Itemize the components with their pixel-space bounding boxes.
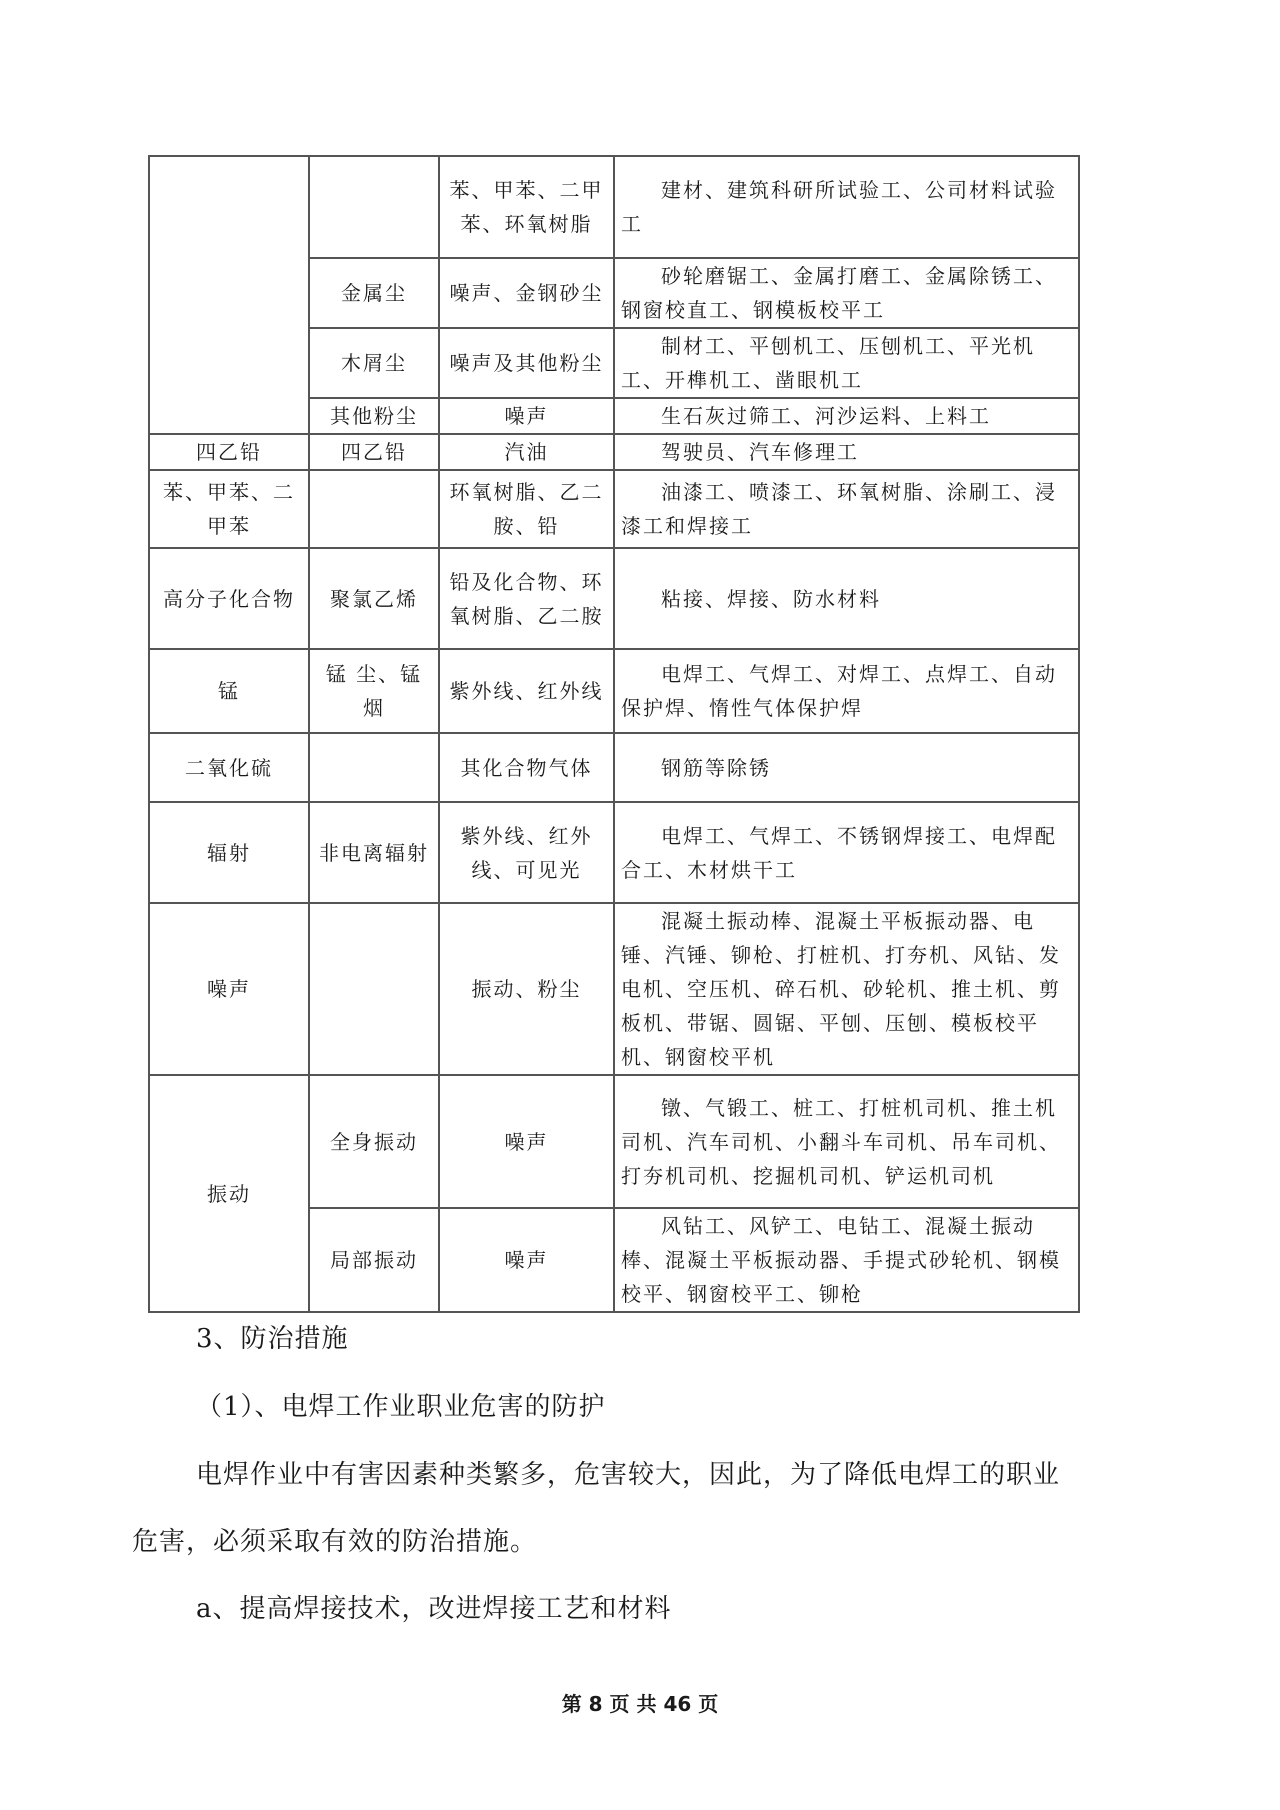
table-cell: 风钻工、风铲工、电钻工、混凝土振动棒、混凝土平板振动器、手提式砂轮机、钢模校平、…: [614, 1208, 1079, 1312]
table-cell: [149, 156, 309, 434]
table-row: 苯、甲苯、二甲苯、环氧树脂 建材、建筑科研所试验工、公司材料试验工: [149, 156, 1079, 258]
table-row: 高分子化合物 聚氯乙烯 铅及化合物、环氧树脂、乙二胺 粘接、焊接、防水材料: [149, 548, 1079, 649]
table-cell: 锰 尘、锰 烟: [309, 649, 439, 733]
table-cell: 汽油: [439, 434, 614, 470]
table-cell: 聚氯乙烯: [309, 548, 439, 649]
table-cell: [309, 156, 439, 258]
table-row: 噪声 振动、粉尘 混凝土振动棒、混凝土平板振动器、电锤、汽锤、铆枪、打桩机、打夯…: [149, 903, 1079, 1075]
table-cell: 混凝土振动棒、混凝土平板振动器、电锤、汽锤、铆枪、打桩机、打夯机、风钻、发电机、…: [614, 903, 1079, 1075]
table-cell: 苯、甲苯、二甲苯: [149, 470, 309, 548]
paragraph-line: 电焊作业中有害因素种类繁多，危害较大，因此，为了降低电焊工的职业: [196, 1458, 1060, 1492]
table-cell: 噪声及其他粉尘: [439, 328, 614, 398]
table-cell: 建材、建筑科研所试验工、公司材料试验工: [614, 156, 1079, 258]
table-cell: 驾驶员、汽车修理工: [614, 434, 1079, 470]
table-cell: 镦、气锻工、桩工、打桩机司机、推土机司机、汽车司机、小翻斗车司机、吊车司机、打夯…: [614, 1075, 1079, 1208]
table-cell: 二氧化硫: [149, 733, 309, 802]
table-cell: 噪声: [439, 1208, 614, 1312]
table-cell: 铅及化合物、环氧树脂、乙二胺: [439, 548, 614, 649]
table-cell: 油漆工、喷漆工、环氧树脂、涂刷工、浸漆工和焊接工: [614, 470, 1079, 548]
table-cell: 生石灰过筛工、河沙运料、上料工: [614, 398, 1079, 434]
table-cell: [309, 903, 439, 1075]
document-page: 苯、甲苯、二甲苯、环氧树脂 建材、建筑科研所试验工、公司材料试验工 金属尘 噪声…: [0, 0, 1280, 1810]
table-cell: [309, 733, 439, 802]
table-cell: 环氧树脂、乙二胺、铅: [439, 470, 614, 548]
table-cell: 电焊工、气焊工、不锈钢焊接工、电焊配合工、木材烘干工: [614, 802, 1079, 903]
table-cell: 噪声、金钢砂尘: [439, 258, 614, 328]
table-cell: 锰: [149, 649, 309, 733]
table-cell: 噪声: [439, 1075, 614, 1208]
table-row: 辐射 非电离辐射 紫外线、红外线、可见光 电焊工、气焊工、不锈钢焊接工、电焊配合…: [149, 802, 1079, 903]
table-cell: 制材工、平刨机工、压刨机工、平光机工、开榫机工、凿眼机工: [614, 328, 1079, 398]
table-cell: 紫外线、红外线: [439, 649, 614, 733]
table-cell: 四乙铅: [309, 434, 439, 470]
table-row: 二氧化硫 其化合物气体 钢筋等除锈: [149, 733, 1079, 802]
table-cell: 砂轮磨锯工、金属打磨工、金属除锈工、钢窗校直工、钢模板校平工: [614, 258, 1079, 328]
table-cell: 苯、甲苯、二甲苯、环氧树脂: [439, 156, 614, 258]
section-heading: 3、防治措施: [196, 1322, 349, 1356]
table-cell: 辐射: [149, 802, 309, 903]
table-cell: 噪声: [439, 398, 614, 434]
table-row: 振动 全身振动 噪声 镦、气锻工、桩工、打桩机司机、推土机司机、汽车司机、小翻斗…: [149, 1075, 1079, 1208]
table-cell: 振动、粉尘: [439, 903, 614, 1075]
table-cell: 振动: [149, 1075, 309, 1312]
table-cell: 其化合物气体: [439, 733, 614, 802]
table-cell: 紫外线、红外线、可见光: [439, 802, 614, 903]
table-cell: [309, 470, 439, 548]
paragraph-line: 危害，必须采取有效的防治措施。: [132, 1525, 537, 1559]
table-cell: 粘接、焊接、防水材料: [614, 548, 1079, 649]
table-cell: 全身振动: [309, 1075, 439, 1208]
table-cell: 四乙铅: [149, 434, 309, 470]
table-cell: 非电离辐射: [309, 802, 439, 903]
table-cell: 噪声: [149, 903, 309, 1075]
hazard-table: 苯、甲苯、二甲苯、环氧树脂 建材、建筑科研所试验工、公司材料试验工 金属尘 噪声…: [148, 155, 1080, 1313]
table-cell: 钢筋等除锈: [614, 733, 1079, 802]
table-cell: 木屑尘: [309, 328, 439, 398]
table-row: 锰 锰 尘、锰 烟 紫外线、红外线 电焊工、气焊工、对焊工、点焊工、自动保护焊、…: [149, 649, 1079, 733]
table-row: 四乙铅 四乙铅 汽油 驾驶员、汽车修理工: [149, 434, 1079, 470]
table-cell: 金属尘: [309, 258, 439, 328]
page-footer: 第 8 页 共 46 页: [0, 1688, 1280, 1717]
table-cell: 其他粉尘: [309, 398, 439, 434]
table-cell: 局部振动: [309, 1208, 439, 1312]
table-cell: 高分子化合物: [149, 548, 309, 649]
table-row: 苯、甲苯、二甲苯 环氧树脂、乙二胺、铅 油漆工、喷漆工、环氧树脂、涂刷工、浸漆工…: [149, 470, 1079, 548]
list-item-a: a、提高焊接技术，改进焊接工艺和材料: [196, 1592, 672, 1626]
table-cell: 电焊工、气焊工、对焊工、点焊工、自动保护焊、惰性气体保护焊: [614, 649, 1079, 733]
subsection-heading: （1）、电焊工作业职业危害的防护: [196, 1390, 606, 1424]
